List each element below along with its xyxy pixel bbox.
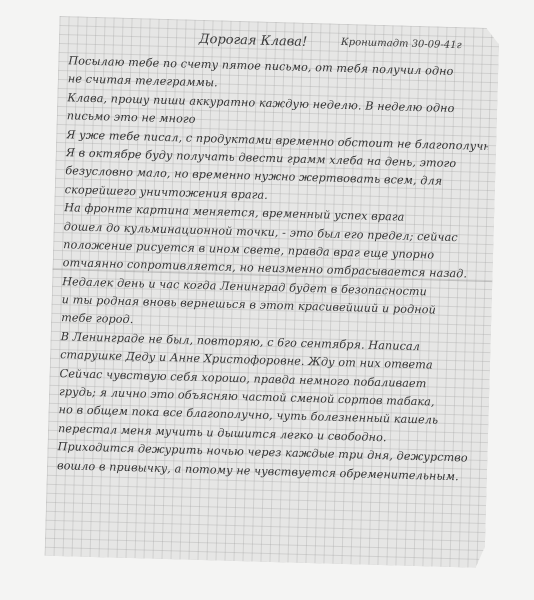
place-and-date: Кронштадт 30-09-41г (341, 37, 462, 51)
letter-body: Посылаю тебе по счету пятое письмо, от т… (57, 52, 491, 487)
paragraph-5: В Ленинграде не был, повторяю, с 6го сен… (57, 328, 483, 487)
paragraph-4: На фронте картина меняется, временный ус… (61, 199, 486, 339)
letter-paper: Дорогая Клава! Кронштадт 30-09-41г Посыл… (45, 16, 500, 568)
salutation: Дорогая Клава! (199, 32, 308, 50)
paragraph-3: Я уже тебе писал, с продуктами временно … (65, 126, 489, 211)
